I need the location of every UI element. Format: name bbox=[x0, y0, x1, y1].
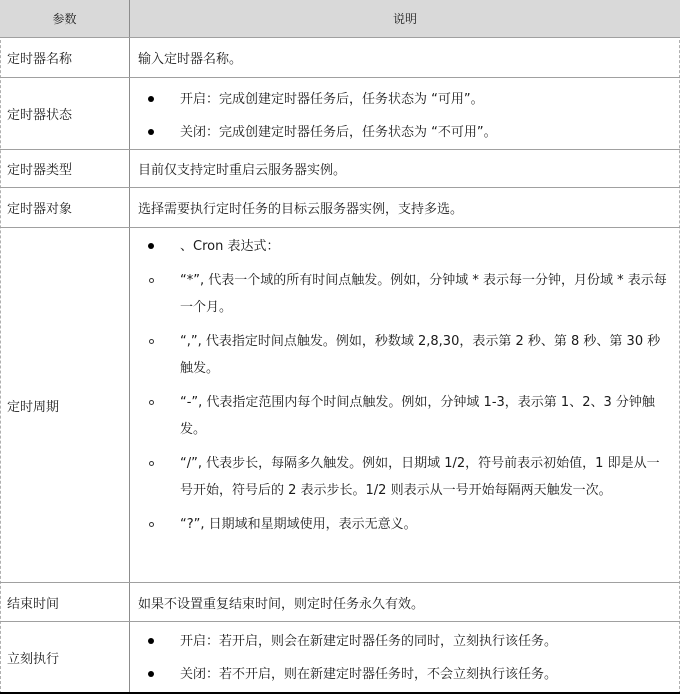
table-row: 定时器状态 开启：完成创建定时器任务后，任务状态为 “可用”。 关闭：完成创建定… bbox=[0, 78, 680, 150]
bullet-list: 开启：若开启，则会在新建定时器任务的同时，立刻执行该任务。 关闭：若不开启，则在… bbox=[138, 627, 680, 689]
table-row: 立刻执行 开启：若开启，则会在新建定时器任务的同时，立刻执行该任务。 关闭：若不… bbox=[0, 622, 680, 694]
sub-list-item: “-”, 代表指定范围内每个时间点触发。例如，分钟域 1-3，表示第 1、2、3… bbox=[138, 389, 680, 443]
bullet-icon bbox=[148, 129, 154, 135]
bullet-icon bbox=[148, 243, 154, 249]
table-header-row: 参数 说明 bbox=[0, 0, 680, 38]
sub-item-text: “-”, 代表指定范围内每个时间点触发。例如，分钟域 1-3，表示第 1、2、3… bbox=[180, 395, 655, 437]
param-cell: 定时器类型 bbox=[0, 150, 130, 187]
table-row: 定时器对象 选择需要执行定时任务的目标云服务器实例，支持多选。 bbox=[0, 188, 680, 228]
bullet-icon bbox=[148, 671, 154, 677]
list-item-text: 关闭：完成创建定时器任务后，任务状态为 “不可用”。 bbox=[180, 125, 497, 140]
param-cell: 定时器对象 bbox=[0, 188, 130, 227]
list-item: 关闭：完成创建定时器任务后，任务状态为 “不可用”。 bbox=[138, 118, 680, 147]
description-cell: 、Cron 表达式： “*”, 代表一个域的所有时间点触发。例如，分钟域 * 表… bbox=[130, 228, 680, 582]
list-item: 、Cron 表达式： bbox=[138, 232, 680, 261]
list-item: 开启：完成创建定时器任务后，任务状态为 “可用”。 bbox=[138, 85, 680, 114]
table-row: 定时器名称 输入定时器名称。 bbox=[0, 38, 680, 78]
circle-bullet-icon bbox=[149, 522, 154, 527]
table-row: 结束时间 如果不设置重复结束时间，则定时任务永久有效。 bbox=[0, 583, 680, 622]
sub-list-item: “,”, 代表指定时间点触发。例如，秒数域 2,8,30，表示第 2 秒、第 8… bbox=[138, 328, 680, 382]
param-cell: 定时器名称 bbox=[0, 38, 130, 77]
sub-item-text: “?”, 日期域和星期域使用，表示无意义。 bbox=[180, 517, 417, 532]
sub-list-item: “*”, 代表一个域的所有时间点触发。例如，分钟域 * 表示每一分钟，月份域 *… bbox=[138, 267, 680, 321]
list-item-text: 、Cron 表达式： bbox=[180, 239, 279, 254]
param-cell: 立刻执行 bbox=[0, 622, 130, 692]
param-cell: 定时器状态 bbox=[0, 78, 130, 149]
circle-bullet-icon bbox=[149, 400, 154, 405]
parameter-table: 参数 说明 定时器名称 输入定时器名称。 定时器状态 开启：完成创建定时器任务后… bbox=[0, 0, 680, 694]
list-item: 关闭：若不开启，则在新建定时器任务时，不会立刻执行该任务。 bbox=[138, 660, 680, 689]
sub-list-item: “?”, 日期域和星期域使用，表示无意义。 bbox=[138, 511, 680, 538]
table-row: 定时器类型 目前仅支持定时重启云服务器实例。 bbox=[0, 150, 680, 188]
circle-bullet-icon bbox=[149, 278, 154, 283]
sub-item-text: “/”, 代表步长，每隔多久触发。例如，日期域 1/2，符号前表示初始值，1 即… bbox=[180, 456, 660, 498]
bullet-list: 、Cron 表达式： bbox=[138, 232, 680, 261]
description-cell: 开启：若开启，则会在新建定时器任务的同时，立刻执行该任务。 关闭：若不开启，则在… bbox=[130, 622, 680, 692]
circle-bullet-icon bbox=[149, 461, 154, 466]
sub-item-text: “,”, 代表指定时间点触发。例如，秒数域 2,8,30，表示第 2 秒、第 8… bbox=[180, 334, 660, 376]
table-row: 定时周期 、Cron 表达式： “*”, 代表一个域的所有时间点触发。例如，分钟… bbox=[0, 228, 680, 583]
sub-list-item: “/”, 代表步长，每隔多久触发。例如，日期域 1/2，符号前表示初始值，1 即… bbox=[138, 450, 680, 504]
sub-item-text: “*”, 代表一个域的所有时间点触发。例如，分钟域 * 表示每一分钟，月份域 *… bbox=[180, 273, 667, 315]
description-cell: 输入定时器名称。 bbox=[130, 38, 680, 77]
description-cell: 目前仅支持定时重启云服务器实例。 bbox=[130, 150, 680, 187]
list-item-text: 开启：若开启，则会在新建定时器任务的同时，立刻执行该任务。 bbox=[180, 634, 557, 649]
list-item: 开启：若开启，则会在新建定时器任务的同时，立刻执行该任务。 bbox=[138, 627, 680, 656]
bullet-icon bbox=[148, 638, 154, 644]
circle-bullet-icon bbox=[149, 339, 154, 344]
param-cell: 结束时间 bbox=[0, 583, 130, 621]
list-item-text: 开启：完成创建定时器任务后，任务状态为 “可用”。 bbox=[180, 92, 484, 107]
sub-list: “*”, 代表一个域的所有时间点触发。例如，分钟域 * 表示每一分钟，月份域 *… bbox=[138, 267, 680, 538]
header-param: 参数 bbox=[0, 0, 130, 37]
list-item-text: 关闭：若不开启，则在新建定时器任务时，不会立刻执行该任务。 bbox=[180, 667, 557, 682]
description-cell: 如果不设置重复结束时间，则定时任务永久有效。 bbox=[130, 583, 680, 621]
description-cell: 选择需要执行定时任务的目标云服务器实例，支持多选。 bbox=[130, 188, 680, 227]
header-description: 说明 bbox=[130, 0, 680, 37]
description-cell: 开启：完成创建定时器任务后，任务状态为 “可用”。 关闭：完成创建定时器任务后，… bbox=[130, 78, 680, 149]
param-cell: 定时周期 bbox=[0, 228, 130, 582]
bullet-icon bbox=[148, 96, 154, 102]
bullet-list: 开启：完成创建定时器任务后，任务状态为 “可用”。 关闭：完成创建定时器任务后，… bbox=[138, 85, 680, 147]
